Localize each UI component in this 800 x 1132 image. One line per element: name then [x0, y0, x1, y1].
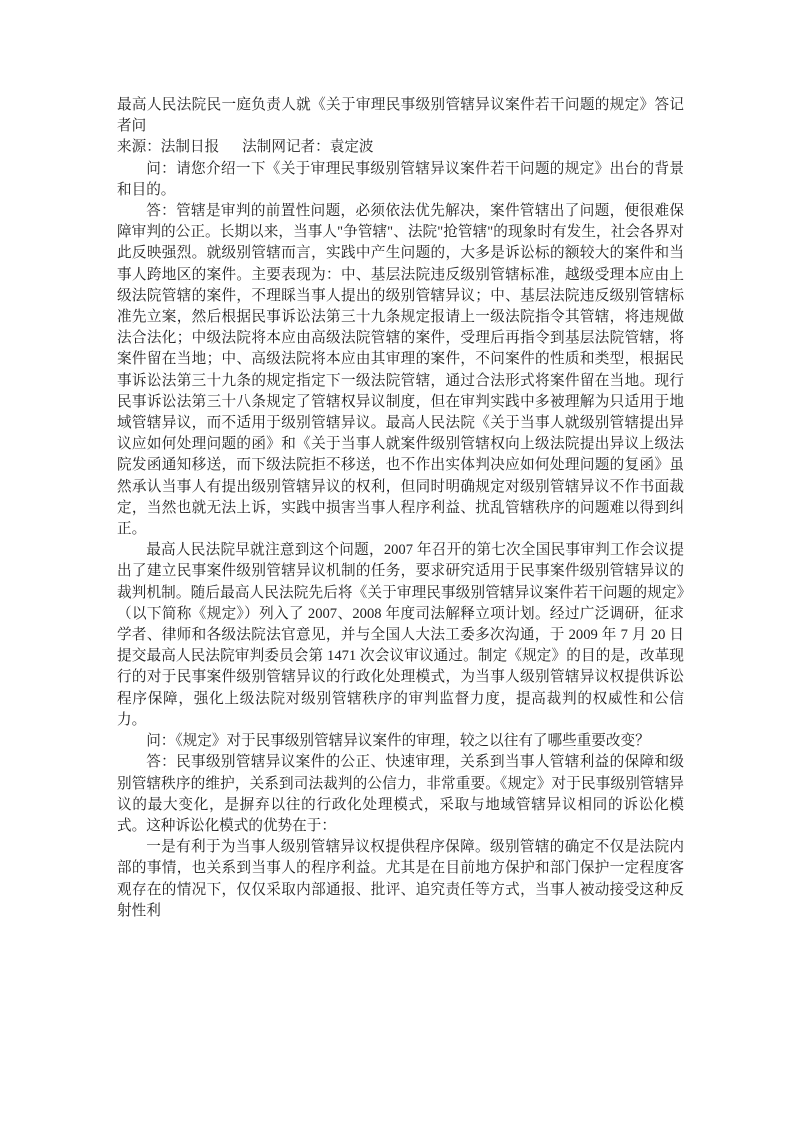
answer-1-paragraph-1: 答：管辖是审判的前置性问题，必须依法优先解决，案件管辖出了问题，便很难保障审判的… [117, 201, 684, 540]
answer-1-paragraph-2: 最高人民法院早就注意到这个问题，2007 年召开的第七次全国民事审判工作会议提出… [117, 540, 684, 731]
document-page: 最高人民法院民一庭负责人就《关于审理民事级别管辖异议案件若干问题的规定》答记者问… [0, 0, 800, 1132]
question-2-paragraph: 问：《规定》对于民事级别管辖异议案件的审理，较之以往有了哪些重要改变？ [117, 731, 684, 752]
source-line: 来源：法制日报法制网记者：袁定波 [117, 137, 684, 158]
document-title: 最高人民法院民一庭负责人就《关于审理民事级别管辖异议案件若干问题的规定》答记者问 [117, 95, 684, 137]
source-reporter: 法制网记者：袁定波 [242, 139, 373, 155]
answer-2-paragraph-1: 答：民事级别管辖异议案件的公正、快速审理，关系到当事人管辖利益的保障和级别管辖秩… [117, 752, 684, 837]
source-publication: 来源：法制日报 [117, 139, 219, 155]
answer-2-paragraph-2: 一是有利于为当事人级别管辖异议权提供程序保障。级别管辖的确定不仅是法院内部的事情… [117, 837, 684, 922]
question-1-paragraph: 问：请您介绍一下《关于审理民事级别管辖异议案件若干问题的规定》出台的背景和目的。 [117, 159, 684, 201]
